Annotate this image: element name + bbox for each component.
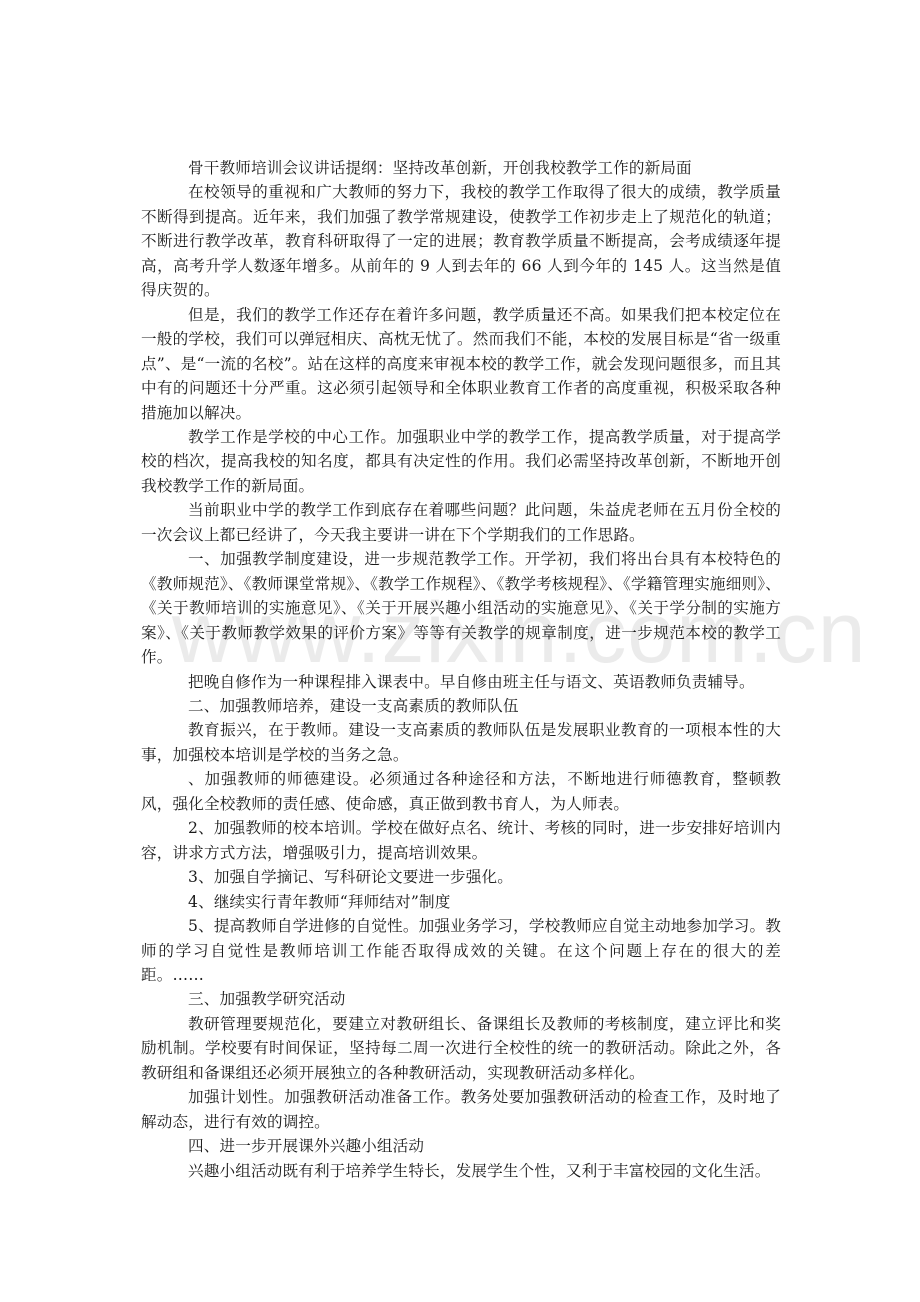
paragraph-current-issues: 当前职业中学的教学工作到底存在着哪些问题？此问题，朱益虎老师在五月份全校的一次会… [141,498,781,547]
paragraph-mentoring: 4、继续实行青年教师“拜师结对”制度 [141,890,781,914]
document-body: 骨干教师培训会议讲话提纲：坚持改革创新，开创我校教学工作的新局面 在校领导的重视… [141,156,781,1183]
paragraph-ethics: 、加强教师的师德建设。必须通过各种途径和方法，不断地进行师德教育，整顿教风，强化… [141,767,781,816]
heading-section-4: 四、进一步开展课外兴趣小组活动 [141,1134,781,1158]
heading-section-3: 三、加强教学研究活动 [141,987,781,1011]
paragraph-teacher-team: 教育振兴，在于教师。建设一支高素质的教师队伍是发展职业教育的一项根本性的大事，加… [141,718,781,767]
paragraph-interest-groups: 兴趣小组活动既有利于培养学生特长，发展学生个性，又利于丰富校园的文化生活。 [141,1159,781,1183]
paragraph-evening-study: 把晚自修作为一种课程排入课表中。早自修由班主任与语文、英语教师负责辅导。 [141,670,781,694]
document-title: 骨干教师培训会议讲话提纲：坚持改革创新，开创我校教学工作的新局面 [141,156,781,180]
paragraph-section-1: 一、加强教学制度建设，进一步规范教学工作。开学初，我们将出台具有本校特色的《教师… [141,547,781,669]
paragraph-research-management: 教研管理要规范化，要建立对教研组长、备课组长及教师的考核制度，建立评比和奖励机制… [141,1012,781,1085]
heading-section-2: 二、加强教师培养，建设一支高素质的教师队伍 [141,694,781,718]
paragraph-planning: 加强计划性。加强教研活动准备工作。教务处要加强教研活动的检查工作，及时地了解动态… [141,1085,781,1134]
paragraph-school-training: 2、加强教师的校本培训。学校在做好点名、统计、考核的同时，进一步安排好培训内容，… [141,816,781,865]
paragraph-self-study: 3、加强自学摘记、写科研论文要进一步强化。 [141,865,781,889]
paragraph-teaching-central: 教学工作是学校的中心工作。加强职业中学的教学工作，提高教学质量，对于提高学校的档… [141,425,781,498]
paragraph-intro-achievements: 在校领导的重视和广大教师的努力下，我校的教学工作取得了很大的成绩，教学质量不断得… [141,180,781,302]
document-page: www.zixin.com.cn 骨干教师培训会议讲话提纲：坚持改革创新，开创我… [0,0,920,1302]
paragraph-self-improvement: 5、提高教师自学进修的自觉性。加强业务学习，学校教师应自觉主动地参加学习。教师的… [141,914,781,987]
paragraph-problems: 但是，我们的教学工作还存在着许多问题，教学质量还不高。如果我们把本校定位在一般的… [141,303,781,425]
